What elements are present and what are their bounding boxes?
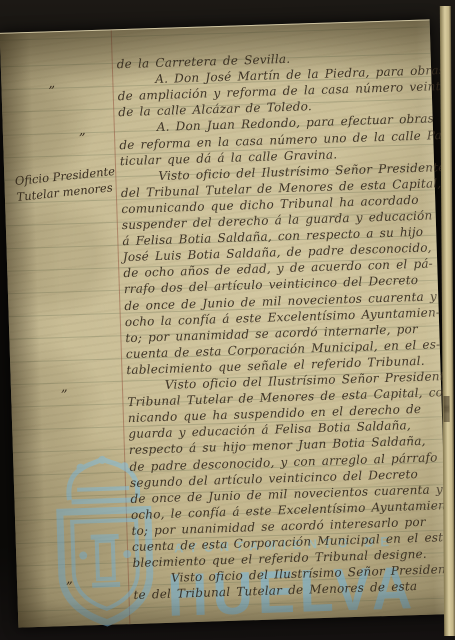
manuscript-page: AYUNTAMIENTO DE HUELVA Oficio Presidente…	[0, 19, 448, 627]
ditto-mark: „	[79, 123, 86, 138]
ditto-mark: „	[61, 380, 68, 395]
ditto-mark: „	[48, 76, 55, 91]
margin-note: Oficio Presidente Tutelar menores	[14, 163, 119, 205]
manuscript-body: de la Carretera de Sevilla.A. Don José M…	[0, 20, 430, 34]
manuscript-text: Oficio Presidente Tutelar menores „ „ „ …	[0, 20, 448, 627]
ditto-mark: „	[66, 572, 73, 587]
document-scan-photo: { "page": { "description": "Handwritten …	[0, 0, 455, 640]
